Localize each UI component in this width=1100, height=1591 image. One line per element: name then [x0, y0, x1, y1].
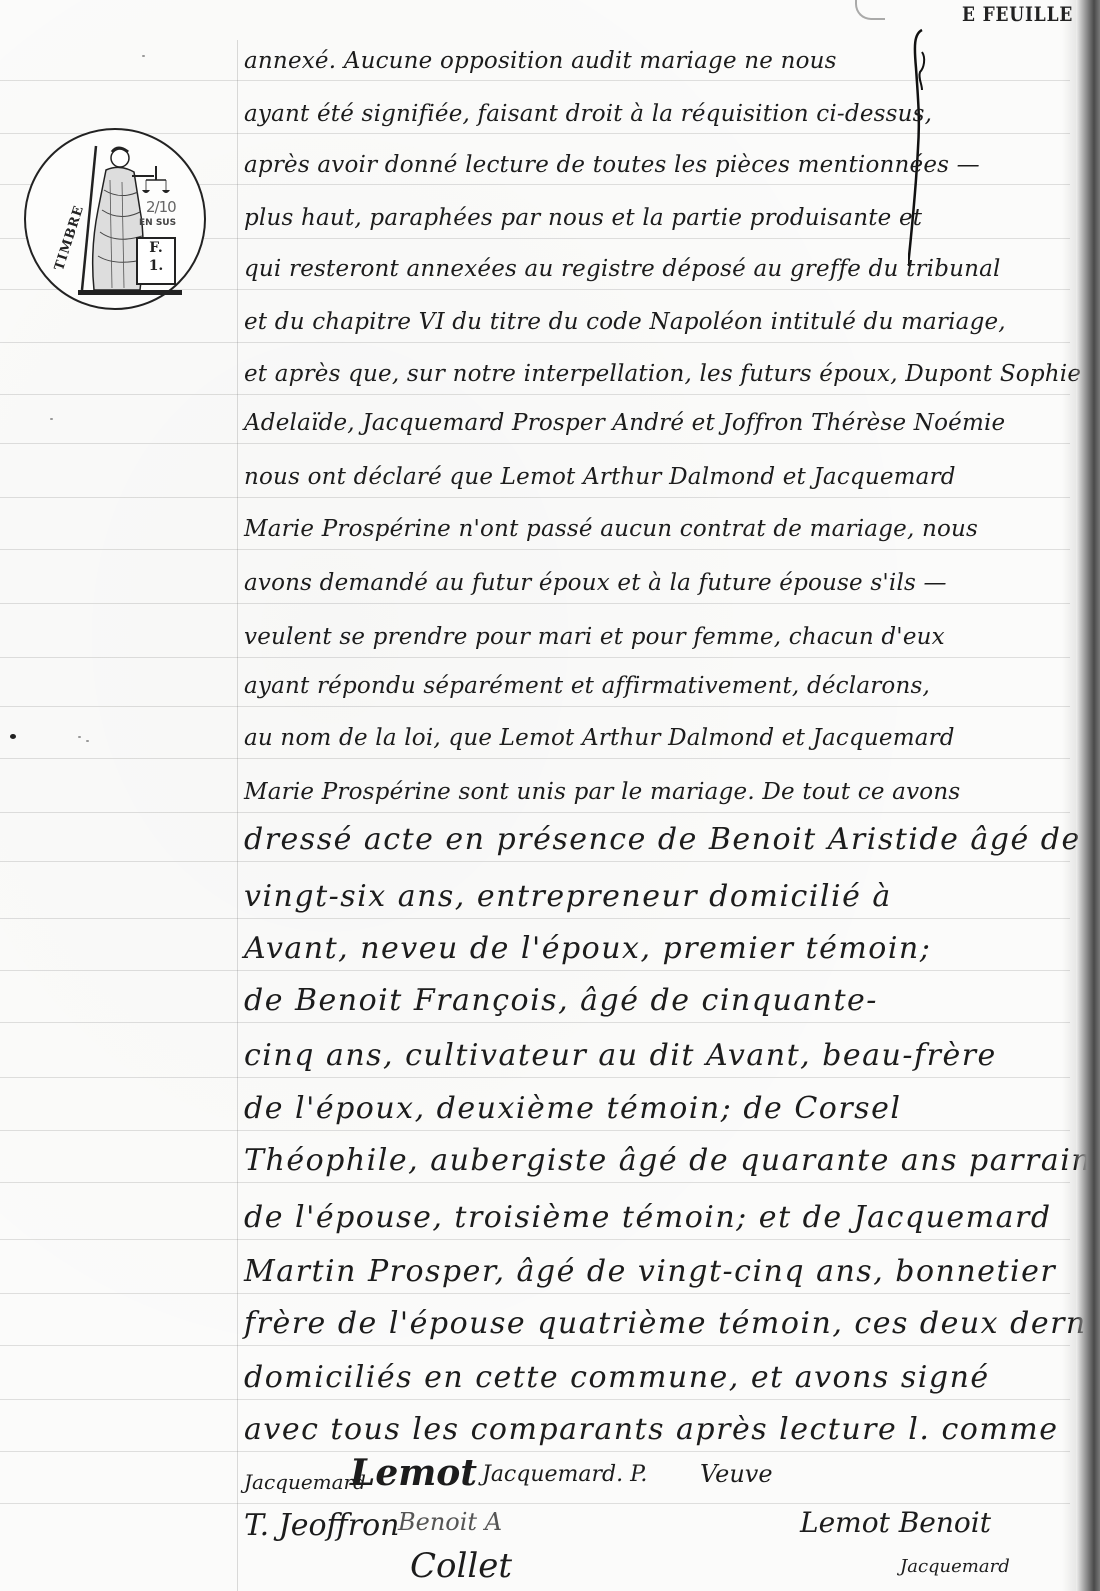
- signature-collet: Collet: [410, 1546, 512, 1586]
- text-line: dressé acte en présence de Benoit Aristi…: [244, 822, 1064, 857]
- binding-shadow: [1062, 0, 1076, 1591]
- signature-veuve: Veuve: [700, 1460, 773, 1488]
- signature-lemot: Lemot: [350, 1452, 477, 1494]
- ruled-line: [0, 1239, 1070, 1240]
- ruled-line: [0, 497, 1070, 498]
- text-line: frère de l'épouse quatrième témoin, ces …: [244, 1306, 1064, 1341]
- ruled-line: [0, 1022, 1070, 1023]
- stamp-rate: 2/10: [146, 198, 176, 216]
- text-line: ayant répondu séparément et affirmativem…: [244, 673, 1064, 699]
- ruled-line: [0, 861, 1070, 862]
- text-line: de l'époux, deuxième témoin; de Corsel: [244, 1091, 1064, 1126]
- text-line: au nom de la loi, que Lemot Arthur Dalmo…: [244, 725, 1064, 751]
- text-line: Marie Prospérine n'ont passé aucun contr…: [244, 516, 1064, 542]
- text-line: annexé. Aucune opposition audit mariage …: [244, 48, 1064, 74]
- signature-jeoffron: T. Jeoffron: [244, 1508, 400, 1543]
- text-line: nous ont déclaré que Lemot Arthur Dalmon…: [244, 464, 1064, 490]
- margin-line: [237, 40, 238, 1591]
- text-line: et du chapitre VI du titre du code Napol…: [244, 309, 1064, 335]
- ruled-line: [0, 1399, 1070, 1400]
- ruled-line: [0, 394, 1070, 395]
- signature-jacquemard-p: Jacquemard. P.: [482, 1462, 647, 1487]
- signature-benoit-a: Benoit A: [398, 1508, 502, 1536]
- text-line: de Benoit François, âgé de cinquante-: [244, 983, 1064, 1018]
- book-binding-edge: [1076, 0, 1100, 1591]
- text-line: Adelaïde, Jacquemard Prosper André et Jo…: [244, 410, 1064, 436]
- paper-speck: [50, 418, 53, 420]
- ruled-line: [0, 1130, 1070, 1131]
- text-line: qui resteront annexées au registre dépos…: [244, 256, 1064, 282]
- text-line: cinq ans, cultivateur au dit Avant, beau…: [244, 1038, 1064, 1073]
- ruled-line: [0, 970, 1070, 971]
- ruled-line: [0, 758, 1070, 759]
- text-line: Marie Prospérine sont unis par le mariag…: [244, 779, 1064, 805]
- register-page: E FEUILLE TIMBRE: [0, 0, 1100, 1591]
- text-line: Théophile, aubergiste âgé de quarante an…: [244, 1143, 1064, 1178]
- timbre-stamp: TIMBRE 2/10 EN SUS: [24, 128, 206, 310]
- ink-curl-mark: [855, 0, 885, 20]
- signature-lemot-benoit: Lemot Benoit: [800, 1506, 991, 1539]
- text-line: veulent se prendre pour mari et pour fem…: [244, 624, 1064, 650]
- text-line: Martin Prosper, âgé de vingt-cinq ans, b…: [244, 1254, 1064, 1289]
- ruled-line: [0, 657, 1070, 658]
- paper-speck: [142, 55, 145, 57]
- text-line: domiciliés en cette commune, et avons si…: [244, 1360, 1064, 1395]
- text-line: de l'épouse, troisième témoin; et de Jac…: [244, 1200, 1064, 1235]
- signature-jacquemard-2: Jacquemard: [900, 1556, 1010, 1577]
- ruled-line: [0, 603, 1070, 604]
- sheet-header: E FEUILLE: [962, 2, 1073, 26]
- stamp-denomination: F. 1.: [136, 237, 176, 285]
- ink-dot: [10, 734, 16, 739]
- ruled-line: [0, 812, 1070, 813]
- ruled-line: [0, 918, 1070, 919]
- text-line: ayant été signifiée, faisant droit à la …: [244, 101, 1064, 127]
- signature-jacquemard-1: Jacquemard: [244, 1470, 366, 1494]
- text-line: vingt-six ans, entrepreneur domicilié à: [244, 879, 1064, 914]
- ruled-line: [0, 1451, 1070, 1452]
- text-line: avons demandé au futur époux et à la fut…: [244, 570, 1064, 596]
- ruled-line: [0, 549, 1070, 550]
- paper-speck: [86, 740, 89, 742]
- ruled-line: [0, 706, 1070, 707]
- ruled-line: [0, 342, 1070, 343]
- ruled-line: [0, 1077, 1070, 1078]
- ruled-line: [0, 1345, 1070, 1346]
- text-line: après avoir donné lecture de toutes les …: [244, 152, 1064, 178]
- text-line: avec tous les comparants après lecture l…: [244, 1412, 1064, 1447]
- text-line: plus haut, paraphées par nous et la part…: [244, 205, 1064, 231]
- ruled-line: [0, 1503, 1070, 1504]
- text-line: et après que, sur notre interpellation, …: [244, 361, 1064, 387]
- ruled-line: [0, 1293, 1070, 1294]
- stamp-rate-suffix: EN SUS: [139, 218, 176, 228]
- ruled-line: [0, 1182, 1070, 1183]
- text-line: Avant, neveu de l'époux, premier témoin;: [244, 931, 1064, 966]
- ruled-line: [0, 443, 1070, 444]
- paper-speck: [78, 736, 81, 738]
